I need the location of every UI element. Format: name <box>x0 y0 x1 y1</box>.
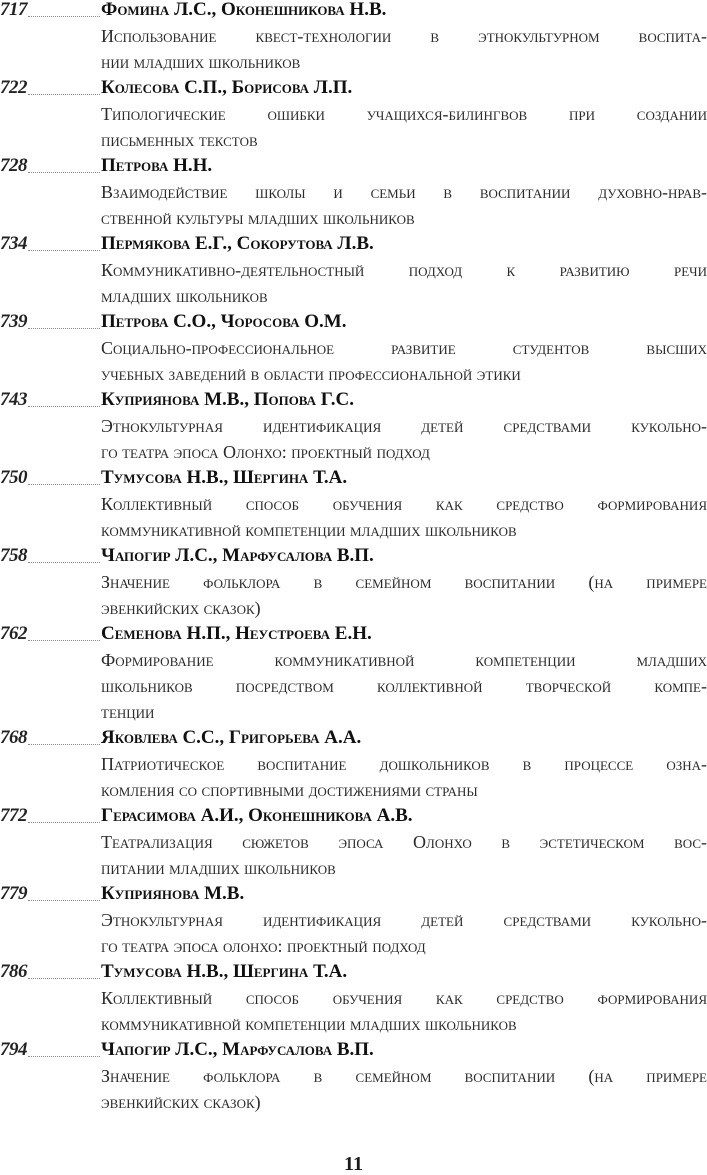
toc-entry-header: 739 Петрова С.О., Чоросова О.М. <box>0 309 707 335</box>
entry-authors: Тумусова Н.В., Шергина Т.А. <box>101 465 347 491</box>
toc-entry: 772 Герасимова А.И., Оконешникова А.В. Т… <box>0 803 707 881</box>
entry-title-line: нии младших школьников <box>0 49 707 75</box>
toc-entry-header: 758 Чапогир Л.С., Марфусалова В.П. <box>0 543 707 569</box>
entry-page-number: 743 <box>0 387 28 413</box>
entry-page-number: 728 <box>0 153 28 179</box>
toc-entry: 739 Петрова С.О., Чоросова О.М. Социальн… <box>0 309 707 387</box>
entry-page-number: 734 <box>0 231 28 257</box>
dotted-leader <box>28 640 100 641</box>
entry-authors: Петрова С.О., Чоросова О.М. <box>101 309 346 335</box>
toc-entry-header: 772 Герасимова А.И., Оконешникова А.В. <box>0 803 707 829</box>
entry-title-line: младших школьников <box>0 283 707 309</box>
entry-page-number: 739 <box>0 309 28 335</box>
entry-page-number: 717 <box>0 0 28 23</box>
entry-title-line: школьников посредством коллективной твор… <box>0 673 707 699</box>
entry-title-line: письменных текстов <box>0 127 707 153</box>
toc-entry-header: 722 Колесова С.П., Борисова Л.П. <box>0 75 707 101</box>
toc-entry: 786 Тумусова Н.В., Шергина Т.А. Коллекти… <box>0 959 707 1037</box>
entry-page-number: 762 <box>0 621 28 647</box>
entry-title-line: Формирование коммуникативной компетенции… <box>0 647 707 673</box>
entry-page-number: 794 <box>0 1037 28 1063</box>
entry-title-line: ственной культуры младших школьников <box>0 205 707 231</box>
entry-title-line: Типологические ошибки учащихся-билингвов… <box>0 101 707 127</box>
entry-title-line: комления со спортивными достижениями стр… <box>0 777 707 803</box>
entry-title-line: го театра эпоса олонхо: проектный подход <box>0 933 707 959</box>
entry-title-line: Коммуникативно-деятельностный подход к р… <box>0 257 707 283</box>
toc-entry-header: 717 Фомина Л.С., Оконешникова Н.В. <box>0 0 707 23</box>
toc-entry-header: 779 Куприянова М.В. <box>0 881 707 907</box>
toc-entry: 722 Колесова С.П., Борисова Л.П. Типолог… <box>0 75 707 153</box>
entry-title-line: Театрализация сюжетов эпоса Олонхо в эст… <box>0 829 707 855</box>
entry-title-line: Патриотическое воспитание дошкольников в… <box>0 751 707 777</box>
toc-entry-header: 728 Петрова Н.Н. <box>0 153 707 179</box>
entry-page-number: 750 <box>0 465 28 491</box>
toc-entry-header: 786 Тумусова Н.В., Шергина Т.А. <box>0 959 707 985</box>
toc-entry: 717 Фомина Л.С., Оконешникова Н.В. Испол… <box>0 0 707 75</box>
page-number: 11 <box>0 1153 707 1175</box>
entry-authors: Тумусова Н.В., Шергина Т.А. <box>101 959 347 985</box>
dotted-leader <box>28 328 100 329</box>
entry-authors: Семенова Н.П., Неустроева Е.Н. <box>101 621 372 647</box>
entry-authors: Куприянова М.В., Попова Г.С. <box>101 387 354 413</box>
toc-entry-header: 762 Семенова Н.П., Неустроева Е.Н. <box>0 621 707 647</box>
toc-entry: 750 Тумусова Н.В., Шергина Т.А. Коллекти… <box>0 465 707 543</box>
dotted-leader <box>28 406 100 407</box>
dotted-leader <box>28 484 100 485</box>
toc-entry: 734 Пермякова Е.Г., Сокорутова Л.В. Комм… <box>0 231 707 309</box>
entry-authors: Чапогир Л.С., Марфусалова В.П. <box>101 1037 374 1063</box>
entry-authors: Чапогир Л.С., Марфусалова В.П. <box>101 543 374 569</box>
table-of-contents: 717 Фомина Л.С., Оконешникова Н.В. Испол… <box>0 0 707 1115</box>
entry-title-line: учебных заведений в области профессионал… <box>0 361 707 387</box>
entry-authors: Колесова С.П., Борисова Л.П. <box>101 75 352 101</box>
toc-entry: 768 Яковлева С.С., Григорьева А.А. Патри… <box>0 725 707 803</box>
entry-authors: Яковлева С.С., Григорьева А.А. <box>101 725 361 751</box>
entry-title-line: коммуникативной компетенции младших школ… <box>0 517 707 543</box>
dotted-leader <box>28 1056 100 1057</box>
toc-entry: 762 Семенова Н.П., Неустроева Е.Н. Форми… <box>0 621 707 725</box>
entry-title-line: Коллективный способ обучения как средств… <box>0 985 707 1011</box>
entry-title-line: Социально-профессиональное развитие студ… <box>0 335 707 361</box>
toc-entry-header: 794 Чапогир Л.С., Марфусалова В.П. <box>0 1037 707 1063</box>
toc-entry-header: 750 Тумусова Н.В., Шергина Т.А. <box>0 465 707 491</box>
dotted-leader <box>28 900 100 901</box>
toc-entry: 758 Чапогир Л.С., Марфусалова В.П. Значе… <box>0 543 707 621</box>
dotted-leader <box>28 744 100 745</box>
entry-title-line: Значение фольклора в семейном воспитании… <box>0 569 707 595</box>
dotted-leader <box>28 16 100 17</box>
entry-authors: Герасимова А.И., Оконешникова А.В. <box>101 803 413 829</box>
dotted-leader <box>28 250 100 251</box>
entry-title-line: эвенкийских сказок) <box>0 595 707 621</box>
entry-title-line: Этнокультурная идентификация детей средс… <box>0 907 707 933</box>
entry-page-number: 758 <box>0 543 28 569</box>
entry-page-number: 772 <box>0 803 28 829</box>
entry-title-line: Коллективный способ обучения как средств… <box>0 491 707 517</box>
dotted-leader <box>28 978 100 979</box>
entry-authors: Куприянова М.В. <box>101 881 244 907</box>
entry-title-line: Взаимодействие школы и семьи в воспитани… <box>0 179 707 205</box>
dotted-leader <box>28 822 100 823</box>
entry-title-line: питании младших школьников <box>0 855 707 881</box>
entry-title-line: Этнокультурная идентификация детей средс… <box>0 413 707 439</box>
toc-entry-header: 768 Яковлева С.С., Григорьева А.А. <box>0 725 707 751</box>
entry-title-line: го театра эпоса Олонхо: проектный подход <box>0 439 707 465</box>
entry-title-line: Использование квест-технологии в этнокул… <box>0 23 707 49</box>
entry-authors: Петрова Н.Н. <box>101 153 212 179</box>
entry-page-number: 786 <box>0 959 28 985</box>
dotted-leader <box>28 94 100 95</box>
entry-title-line: коммуникативной компетенции младших школ… <box>0 1011 707 1037</box>
toc-entry-header: 734 Пермякова Е.Г., Сокорутова Л.В. <box>0 231 707 257</box>
dotted-leader <box>28 562 100 563</box>
toc-entry: 779 Куприянова М.В. Этнокультурная идент… <box>0 881 707 959</box>
entry-page-number: 722 <box>0 75 28 101</box>
entry-page-number: 779 <box>0 881 28 907</box>
toc-entry: 743 Куприянова М.В., Попова Г.С. Этнокул… <box>0 387 707 465</box>
toc-entry: 794 Чапогир Л.С., Марфусалова В.П. Значе… <box>0 1037 707 1115</box>
entry-title-line: эвенкийских сказок) <box>0 1089 707 1115</box>
toc-entry: 728 Петрова Н.Н. Взаимодействие школы и … <box>0 153 707 231</box>
entry-title-line: тенции <box>0 699 707 725</box>
entry-page-number: 768 <box>0 725 28 751</box>
entry-authors: Фомина Л.С., Оконешникова Н.В. <box>101 0 386 23</box>
toc-entry-header: 743 Куприянова М.В., Попова Г.С. <box>0 387 707 413</box>
entry-title-line: Значение фольклора в семейном воспитании… <box>0 1063 707 1089</box>
dotted-leader <box>28 172 100 173</box>
entry-authors: Пермякова Е.Г., Сокорутова Л.В. <box>101 231 374 257</box>
